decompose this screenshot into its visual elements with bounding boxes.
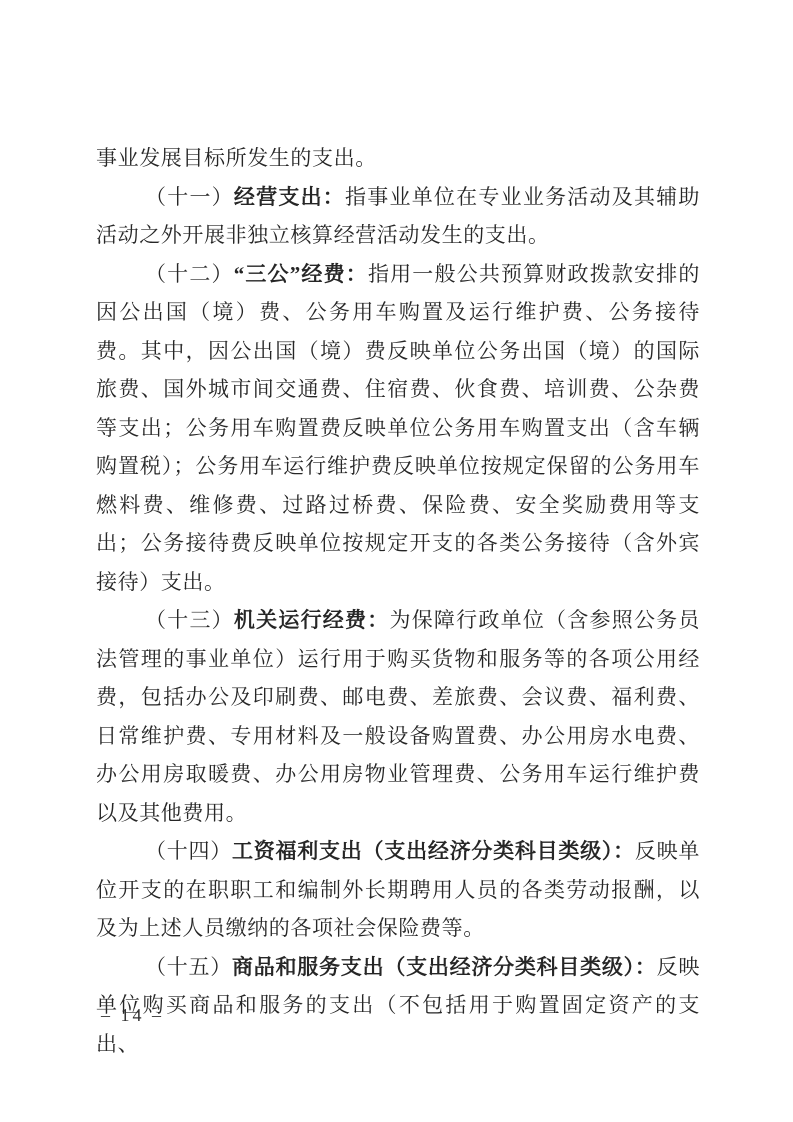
document-body: 事业发展目标所发生的支出。（十一）经营支出：指事业单位在专业业务活动及其辅助活动… [96, 139, 700, 1063]
paragraph: （十三）机关运行经费：为保障行政单位（含参照公务员法管理的事业单位）运行用于购买… [96, 601, 700, 832]
body-text: 为保障行政单位（含参照公务员法管理的事业单位）运行用于购买货物和服务等的各项公用… [96, 608, 700, 825]
paragraph: （十二）“三公”经费：指用一般公共预算财政拨款安排的因公出国（境）费、公务用车购… [96, 255, 700, 602]
paragraph: （十五）商品和服务支出（支出经济分类科目类级）：反映单位购买商品和服务的支出（不… [96, 948, 700, 1064]
term-bold-text: 商品和服务支出（支出经济分类科目类级）： [232, 955, 657, 979]
paragraph: （十四）工资福利支出（支出经济分类科目类级）：反映单位开支的在职职工和编制外长期… [96, 832, 700, 948]
document-page: 事业发展目标所发生的支出。（十一）经营支出：指事业单位在专业业务活动及其辅助活动… [0, 0, 793, 1122]
body-text: （十二） [145, 262, 234, 286]
term-bold-text: 工资福利支出（支出经济分类科目类级）： [232, 839, 635, 863]
body-text: （十三） [145, 608, 234, 632]
body-text: （十五） [145, 955, 232, 979]
page-number: – 14 – [101, 1002, 164, 1028]
body-text: 事业发展目标所发生的支出。 [96, 146, 377, 170]
term-bold-text: 机关运行经费： [234, 608, 390, 632]
term-bold-text: 经营支出： [234, 185, 345, 209]
body-text: 指用一般公共预算财政拨款安排的因公出国（境）费、公务用车购置及运行维护费、公务接… [96, 262, 700, 594]
paragraph: （十一）经营支出：指事业单位在专业业务活动及其辅助活动之外开展非独立核算经营活动… [96, 178, 700, 255]
body-text: （十一） [145, 185, 234, 209]
paragraph: 事业发展目标所发生的支出。 [96, 139, 700, 178]
term-bold-text: “三公”经费： [234, 262, 368, 286]
body-text: （十四） [145, 839, 232, 863]
